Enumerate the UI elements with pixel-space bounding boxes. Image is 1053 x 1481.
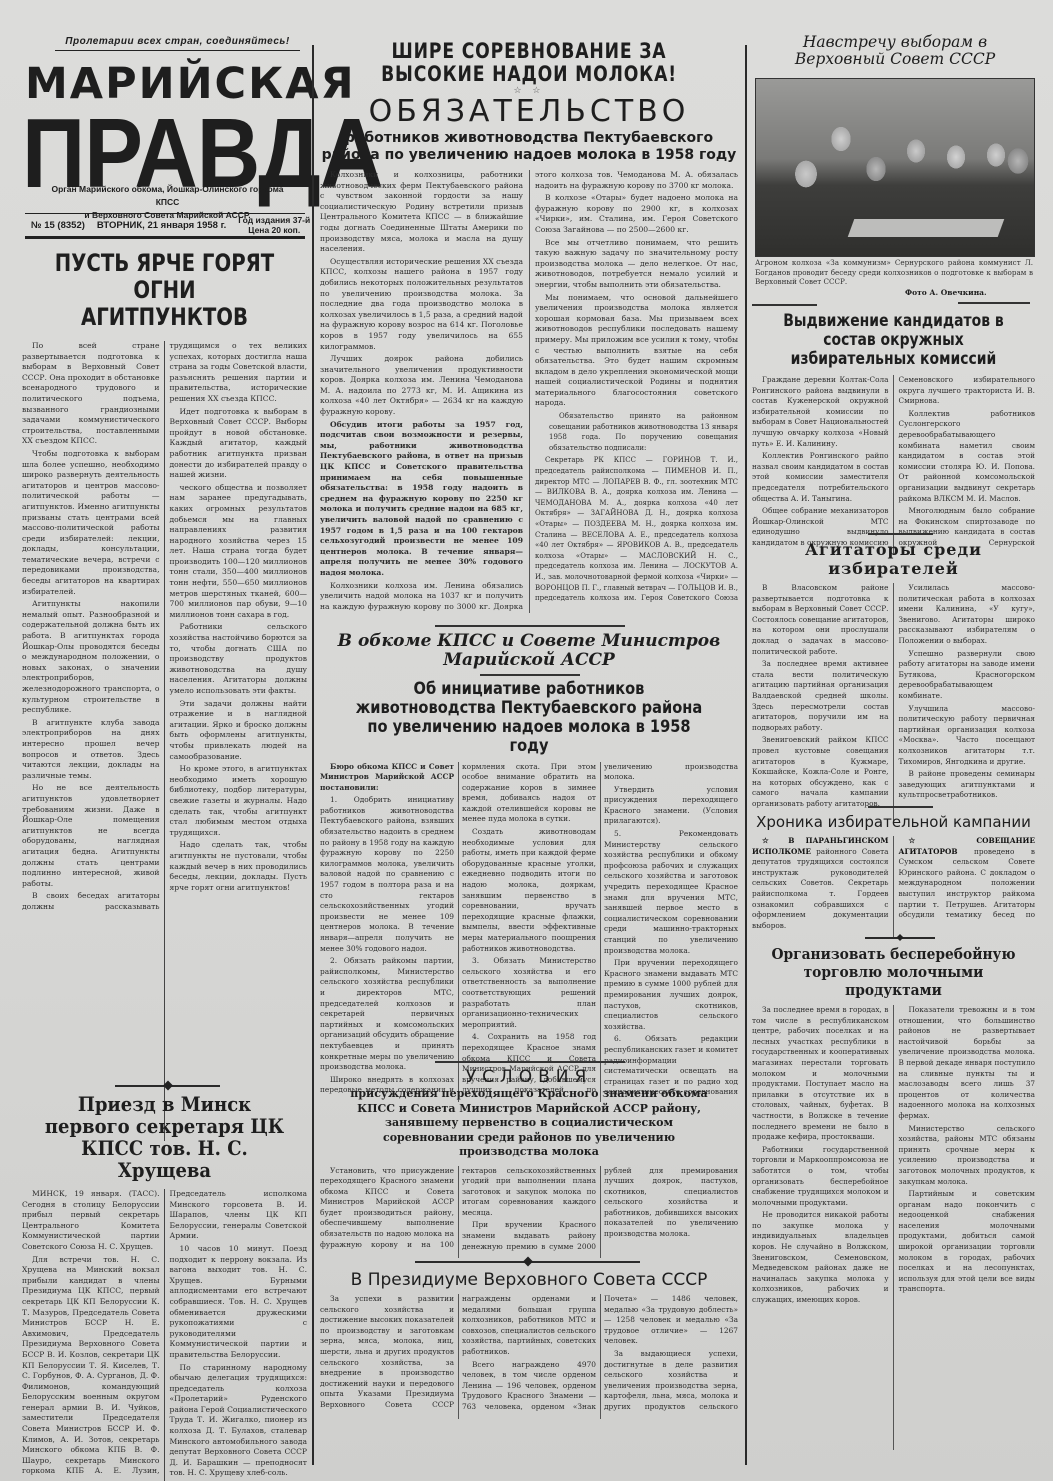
article-candidates: Выдвижение кандидатов в состав окружных …: [752, 312, 1035, 555]
paragraph: По всей стране развертывается подготовка…: [22, 341, 160, 447]
article-subtitle: работников животноводства Пектубаевского…: [320, 130, 738, 164]
paragraph: 1. Одобрить инициативу работников животн…: [320, 795, 454, 954]
article-khrushchev: Приезд в Минск первого секретаря ЦК КПСС…: [22, 1093, 307, 1481]
article-title: ПУСТЬ ЯРЧЕ ГОРЯТ ОГНИ АГИТПУНКТОВ: [48, 250, 282, 331]
divider: [480, 674, 580, 676]
paragraph: Колхозники и колхозницы, работники живот…: [320, 170, 523, 255]
paragraph: 3. Обязать Министерство сельского хозяйс…: [462, 956, 596, 1030]
paragraph: Работники государственной торговли и Мар…: [752, 1145, 889, 1209]
paragraph: В колхозе «Отары» будет надоено молока н…: [535, 193, 738, 235]
adopted-note: Обязательство принято на районном совеща…: [535, 411, 738, 453]
paragraph: Идет подготовка к выборам в Верховный Со…: [170, 407, 308, 481]
issue-meta: Год издания 37-й Цена 20 коп.: [232, 215, 316, 235]
paragraph: Утвердить условия присуждения переходяще…: [604, 785, 738, 827]
photo-feature-title: Навстречу выборам в Верховный Совет СССР: [760, 34, 1030, 68]
paragraph: 5. Рекомендовать Министерству сельского …: [604, 829, 738, 956]
article-title: Об инициативе работников животноводства …: [349, 680, 708, 756]
paragraph: Звенигоевский райком КПСС провел кустовы…: [752, 735, 889, 809]
paragraph: Показатели тревожны и в том отношении, ч…: [899, 1005, 1036, 1122]
paragraph: Партийным и советским органам надо покон…: [899, 1189, 1036, 1295]
paragraph: В агитпункте клуба завода электроприборо…: [22, 718, 160, 782]
paragraph: За последнее время активнее стала вести …: [752, 659, 889, 733]
diamond-icon: [523, 1257, 533, 1267]
article-dairy-trade: Организовать бесперебойную торговлю моло…: [752, 945, 1035, 1450]
issue-date: ВТОРНИК, 21 января 1958 г.: [91, 220, 232, 231]
article-body: По всей стране развертывается подготовка…: [22, 341, 307, 1141]
paragraph: Все мы отчетливо понимаем, что решить та…: [535, 238, 738, 291]
divider: [752, 304, 817, 306]
article-body: За последнее время в городах, в том числ…: [752, 1005, 1035, 1450]
divider: [868, 533, 933, 535]
masthead-organ-line1: Орган Марийского обкома, Йошкар-Олинског…: [40, 183, 295, 209]
paragraph: МИНСК, 19 января. (ТАСС). Сегодня в стол…: [22, 1189, 160, 1253]
column-divider: [745, 45, 747, 1465]
year-of-publication: Год издания 37-й: [238, 215, 310, 225]
paragraph: Граждане деревни Колтак-Сола Ронгинского…: [752, 375, 889, 449]
paragraph: Создать животноводам необходимые условия…: [462, 827, 596, 954]
article-title: Хроника избирательной кампании: [752, 813, 1035, 831]
paragraph: ческого общества и позволяет нам заранее…: [170, 483, 308, 621]
paragraph: При вручении переходящего Красного знаме…: [604, 958, 738, 1032]
chronicle-item: ☆ СОВЕЩАНИЕ АГИТАТОРОВ проведено в Сумск…: [899, 836, 1036, 939]
article-obkom: В обкоме КПСС и Совете Министров Марийск…: [320, 632, 738, 1102]
paragraph: В районе проведены семинары заведующих а…: [899, 769, 1036, 801]
paragraph: Чтобы подготовка к выборам шла более усп…: [22, 449, 160, 597]
masthead-slogan: Пролетарии всех стран, соединяйтесь!: [55, 36, 300, 51]
article-chronicle: Хроника избирательной кампании ☆ В ПАРАН…: [752, 813, 1035, 939]
divider: [435, 625, 625, 627]
article-body: Установить, что присуждение переходящего…: [320, 1166, 738, 1258]
issue-number: № 15 (8352): [25, 220, 91, 231]
paragraph: По старинному народному обычаю делегация…: [170, 1363, 308, 1480]
price: Цена 20 коп.: [238, 225, 310, 235]
paragraph: Успешно развернули свою работу агитаторы…: [899, 649, 1036, 702]
paragraph: Коллектив Ронгинского райпо назвал своим…: [752, 451, 889, 504]
article-body: ☆ В ПАРАНЬГИНСКОМ ИСПОЛКОМЕ районного Со…: [752, 836, 1035, 939]
divider: [435, 1061, 625, 1063]
paragraph: Но не все деятельность агитпунктов удовл…: [22, 783, 160, 889]
paragraph: Коллектив работников Суслонгерского дере…: [899, 409, 1036, 504]
paragraph: Бюро обкома КПСС и Совет Министров Марий…: [320, 762, 454, 794]
article-kicker: ШИРЕ СОРЕВНОВАНИЕ ЗА ВЫСОКИЕ НАДОИ МОЛОК…: [358, 40, 701, 86]
article-kicker: В обкоме КПСС и Совете Министров Марийск…: [320, 632, 738, 670]
photo-table-shape: [848, 219, 1005, 237]
photo-credit: Фото А. Овечкина.: [905, 288, 987, 297]
article-title: ОБЯЗАТЕЛЬСТВО: [320, 96, 738, 128]
paragraph: Обсудив итоги работы за 1957 год, подсчи…: [320, 420, 523, 579]
paragraph: 10 часов 10 минут. Поезд подходит к перр…: [170, 1244, 308, 1361]
paragraph: Работники сельского хозяйства настойчиво…: [170, 622, 308, 696]
paragraph: Надо сделать так, чтобы агитпункты не пу…: [170, 840, 308, 893]
article-title: Агитаторы среди избирателей: [752, 540, 1035, 578]
paragraph: Улучшила массово-политическую работу пер…: [899, 704, 1036, 768]
paragraph: Не проводится никакой работы по закупке …: [752, 1210, 889, 1305]
article-agitators: Агитаторы среди избирателей В Власовском…: [752, 540, 1035, 823]
paragraph: Лучших доярок района добились значительн…: [320, 354, 523, 418]
photo-caption: Агроном колхоза «За коммунизм» Сернурско…: [755, 258, 1033, 287]
paragraph: Агитпункты накопили немалый опыт. Разноо…: [22, 599, 160, 716]
paragraph: Усилилась массово-политическая работа в …: [899, 583, 1036, 647]
paragraph: Но кроме этого, в агитпунктах необходимо…: [170, 764, 308, 838]
article-body: МИНСК, 19 января. (ТАСС). Сегодня в стол…: [22, 1189, 307, 1481]
column-divider: [312, 45, 314, 1465]
paragraph: Министерство сельского хозяйства, районы…: [899, 1124, 1036, 1188]
chronicle-item: ☆ В ПАРАНЬГИНСКОМ ИСПОЛКОМЕ районного Со…: [752, 836, 889, 931]
article-title: В Президиуме Верховного Совета СССР: [320, 1270, 738, 1290]
article-body: В Власовском районе развертывается подго…: [752, 583, 1035, 823]
chronicle-item-text: районного Совета депутатов трудящихся со…: [752, 847, 889, 930]
article-title: Организовать бесперебойную торговлю моло…: [763, 945, 1023, 999]
newspaper-page: Пролетарии всех стран, соединяйтесь! МАР…: [0, 0, 1053, 1481]
article-title: Выдвижение кандидатов в состав окружных …: [777, 312, 1009, 369]
article-body: Граждане деревни Колтак-Сола Ронгинского…: [752, 375, 1035, 555]
divider: [958, 302, 1030, 304]
news-photo: [755, 78, 1035, 257]
divider: [868, 806, 933, 808]
article-agitpunkty: ПУСТЬ ЯРЧЕ ГОРЯТ ОГНИ АГИТПУНКТОВ По все…: [22, 250, 307, 1141]
paragraph: В Власовском районе развертывается подго…: [752, 583, 889, 657]
ornament-divider: [865, 937, 935, 939]
article-body: Бюро обкома КПСС и Совет Министров Марий…: [320, 762, 738, 1102]
article-title: УСЛОВИЯ: [320, 1067, 738, 1087]
paragraph: 2. Обязать райкомы партии, райисполкомы,…: [320, 956, 454, 1073]
article-obyazatelstvo: ШИРЕ СОРЕВНОВАНИЕ ЗА ВЫСОКИЕ НАДОИ МОЛОК…: [320, 40, 738, 613]
masthead-info-bar: № 15 (8352) ВТОРНИК, 21 января 1958 г. Г…: [25, 213, 305, 239]
paragraph: Осуществляя исторические решения XX съез…: [320, 257, 523, 352]
article-body: Колхозники и колхозницы, работники живот…: [320, 170, 738, 613]
ornament-divider: [415, 1261, 640, 1263]
ornament-divider: [115, 1085, 220, 1087]
article-body: За успехи в развитии сельского хозяйства…: [320, 1294, 738, 1419]
paragraph: Мы понимаем, что основой дальнейшего уве…: [535, 293, 738, 410]
article-subtitle: присуждения переходящего Красного знамен…: [320, 1087, 738, 1160]
article-presidium: В Президиуме Верховного Совета СССР За у…: [320, 1270, 738, 1419]
article-usloviya: УСЛОВИЯ присуждения переходящего Красног…: [320, 1067, 738, 1258]
article-title: Приезд в Минск первого секретаря ЦК КПСС…: [36, 1093, 293, 1181]
paragraph: Эти задачи должны найти отражение и в на…: [170, 699, 308, 763]
paragraph: За последнее время в городах, в том числ…: [752, 1005, 889, 1143]
